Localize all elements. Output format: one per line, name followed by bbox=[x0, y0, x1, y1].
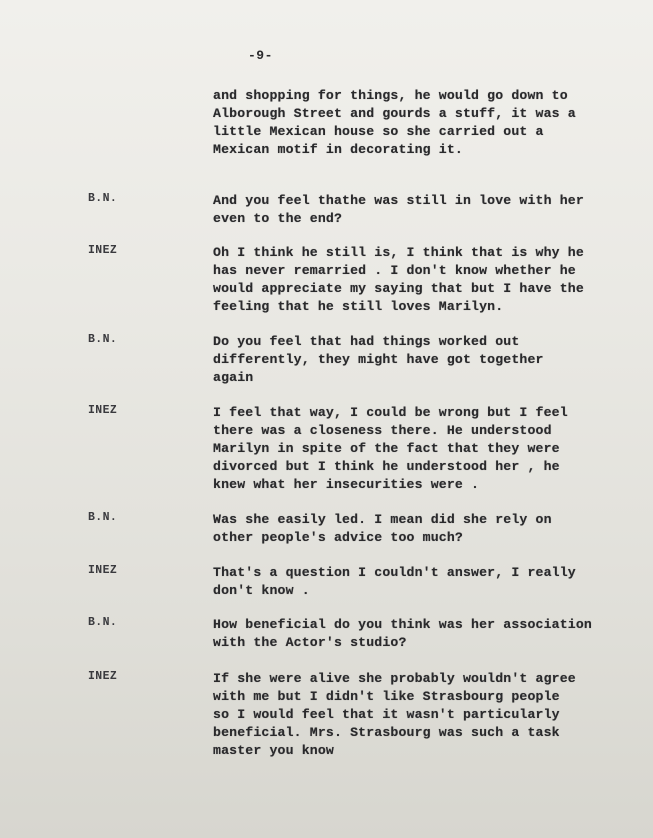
text-line: Was she easily led. I mean did she rely … bbox=[213, 511, 643, 529]
text-line: with me but I didn't like Strasbourg peo… bbox=[213, 688, 643, 706]
text-line: little Mexican house so she carried out … bbox=[213, 123, 643, 141]
text-line: with the Actor's studio? bbox=[213, 634, 643, 652]
speaker-label: B.N. bbox=[88, 192, 117, 205]
speech-text: How beneficial do you think was her asso… bbox=[213, 616, 643, 652]
text-line: so I would feel that it wasn't particula… bbox=[213, 706, 643, 724]
text-line: That's a question I couldn't answer, I r… bbox=[213, 564, 643, 582]
text-line: If she were alive she probably wouldn't … bbox=[213, 670, 643, 688]
text-line: again bbox=[213, 369, 643, 387]
intro-paragraph: and shopping for things, he would go dow… bbox=[213, 87, 643, 159]
speaker-label: B.N. bbox=[88, 333, 117, 346]
speech-text: And you feel thathe was still in love wi… bbox=[213, 192, 643, 228]
speech-text: That's a question I couldn't answer, I r… bbox=[213, 564, 643, 600]
speech-text: Was she easily led. I mean did she rely … bbox=[213, 511, 643, 547]
speaker-label: INEZ bbox=[88, 244, 117, 257]
speaker-label: B.N. bbox=[88, 511, 117, 524]
text-line: Oh I think he still is, I think that is … bbox=[213, 244, 643, 262]
text-line: divorced but I think he understood her ,… bbox=[213, 458, 643, 476]
text-line: knew what her insecurities were . bbox=[213, 476, 643, 494]
text-line: feeling that he still loves Marilyn. bbox=[213, 298, 643, 316]
speech-text: If she were alive she probably wouldn't … bbox=[213, 670, 643, 760]
speech-text: Oh I think he still is, I think that is … bbox=[213, 244, 643, 316]
text-line: beneficial. Mrs. Strasbourg was such a t… bbox=[213, 724, 643, 742]
speaker-label: INEZ bbox=[88, 564, 117, 577]
text-line: How beneficial do you think was her asso… bbox=[213, 616, 643, 634]
text-line: even to the end? bbox=[213, 210, 643, 228]
text-line: differently, they might have got togethe… bbox=[213, 351, 643, 369]
text-line: would appreciate my saying that but I ha… bbox=[213, 280, 643, 298]
text-line: there was a closeness there. He understo… bbox=[213, 422, 643, 440]
text-line: and shopping for things, he would go dow… bbox=[213, 87, 643, 105]
speaker-label: B.N. bbox=[88, 616, 117, 629]
text-line: Alborough Street and gourds a stuff, it … bbox=[213, 105, 643, 123]
text-line: has never remarried . I don't know wheth… bbox=[213, 262, 643, 280]
text-line: Marilyn in spite of the fact that they w… bbox=[213, 440, 643, 458]
typewritten-page: -9- and shopping for things, he would go… bbox=[0, 0, 653, 838]
text-line: other people's advice too much? bbox=[213, 529, 643, 547]
speaker-label: INEZ bbox=[88, 404, 117, 417]
text-line: And you feel thathe was still in love wi… bbox=[213, 192, 643, 210]
speech-text: Do you feel that had things worked out d… bbox=[213, 333, 643, 387]
speaker-label: INEZ bbox=[88, 670, 117, 683]
text-line: don't know . bbox=[213, 582, 643, 600]
speech-text: I feel that way, I could be wrong but I … bbox=[213, 404, 643, 494]
text-line: Do you feel that had things worked out bbox=[213, 333, 643, 351]
text-line: Mexican motif in decorating it. bbox=[213, 141, 643, 159]
page-number: -9- bbox=[248, 48, 273, 63]
text-line: I feel that way, I could be wrong but I … bbox=[213, 404, 643, 422]
text-line: master you know bbox=[213, 742, 643, 760]
